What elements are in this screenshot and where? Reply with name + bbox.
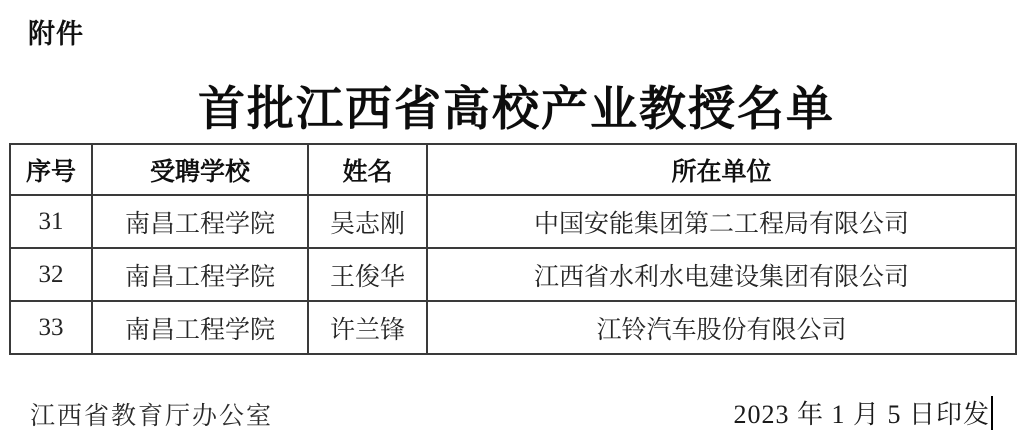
- header-cell-no: 序号: [10, 144, 92, 195]
- cell-unit: 江西省水利水电建设集团有限公司: [427, 248, 1016, 301]
- header-cell-school: 受聘学校: [92, 144, 308, 195]
- table-header-row: 序号 受聘学校 姓名 所在单位: [10, 144, 1016, 195]
- table-row: 32 南昌工程学院 王俊华 江西省水利水电建设集团有限公司: [10, 248, 1016, 301]
- cell-name: 王俊华: [308, 248, 427, 301]
- cell-no: 31: [10, 195, 92, 248]
- table-row: 31 南昌工程学院 吴志刚 中国安能集团第二工程局有限公司: [10, 195, 1016, 248]
- print-date-line: 2023 年 1 月 5 日印发: [733, 394, 993, 431]
- cell-no: 32: [10, 248, 92, 301]
- print-date-text: 2023 年 1 月 5 日印发: [733, 394, 990, 431]
- cell-no: 33: [10, 301, 92, 354]
- cell-school: 南昌工程学院: [92, 248, 308, 301]
- table-row: 33 南昌工程学院 许兰锋 江铃汽车股份有限公司: [10, 301, 1016, 354]
- cell-unit: 中国安能集团第二工程局有限公司: [427, 195, 1016, 248]
- professor-roster-table: 序号 受聘学校 姓名 所在单位 31 南昌工程学院 吴志刚 中国安能集团第二工程…: [9, 143, 1017, 355]
- cell-name: 吴志刚: [308, 195, 427, 248]
- cell-name: 许兰锋: [308, 301, 427, 354]
- cell-school: 南昌工程学院: [92, 195, 308, 248]
- header-cell-name: 姓名: [308, 144, 427, 195]
- cell-school: 南昌工程学院: [92, 301, 308, 354]
- document-title: 首批江西省高校产业教授名单: [0, 72, 1033, 139]
- document-page[interactable]: 附件 首批江西省高校产业教授名单 序号 受聘学校 姓名 所在单位 31 南昌工程…: [0, 0, 1033, 438]
- text-cursor: [991, 396, 993, 430]
- issuer-office-label: 江西省教育厅办公室: [30, 396, 273, 432]
- attachment-label: 附件: [28, 12, 84, 51]
- cell-unit: 江铃汽车股份有限公司: [427, 301, 1016, 354]
- header-cell-unit: 所在单位: [427, 144, 1016, 195]
